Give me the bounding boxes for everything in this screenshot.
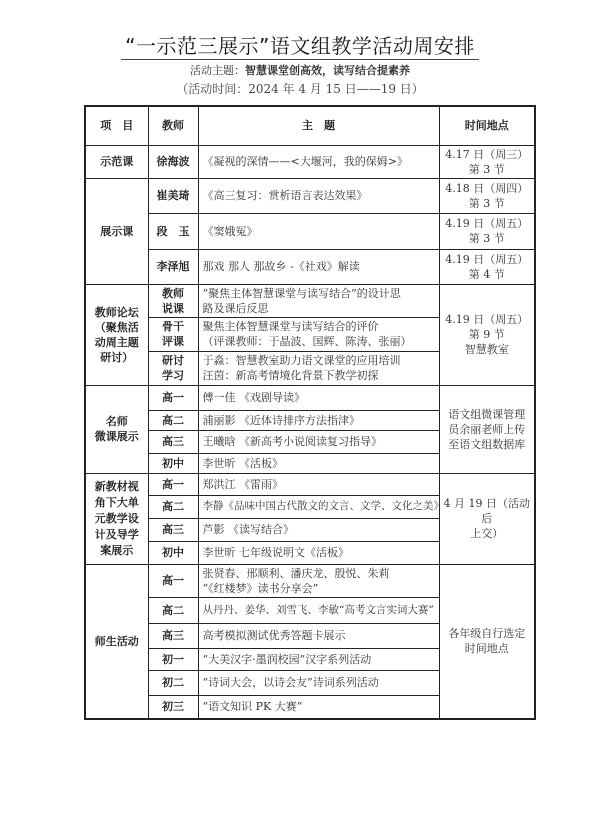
topic-line: 汪茵：新高考情境化背景下教学初探 <box>203 368 435 383</box>
time-line: 语文组微课管理 <box>444 407 531 422</box>
time-cell: 4.19 日（周五）第 3 节 <box>439 213 535 249</box>
category-new-textbook-unit-design: 新教材视 角下大单 元教学设 计及导学 案展示 <box>85 473 148 564</box>
header-topic: 主 题 <box>198 106 439 145</box>
topic-cell: 傅一佳 《戏剧导读》 <box>198 385 439 410</box>
theme-value: 智慧课堂创高效，读写结合提素养 <box>245 64 410 77</box>
category-line: 动周主题 <box>90 335 144 350</box>
activity-date-range: （活动时间：2024 年 4 月 15 日——19 日） <box>0 80 600 97</box>
time-cell: 4 月 19 日（活动后 上交） <box>439 473 535 564</box>
grade-cell: 高二 <box>148 495 198 518</box>
topic-cell: “诗词大会，以诗会友”诗词系列活动 <box>198 670 439 695</box>
grade-cell: 初中 <box>148 453 198 473</box>
document-title: “一示范三展示”语文组教学活动周安排 <box>0 30 600 59</box>
topic-line: “聚焦主体智慧课堂与读写结合”的设计思 <box>203 286 435 301</box>
topic-cell: 李静《品味中国古代散文的文言、文学、文化之美》 <box>198 495 439 518</box>
category-line: 新教材视 <box>90 479 144 495</box>
time-date: 4.17 日（周三） <box>444 147 531 162</box>
teacher-cell: 段 玉 <box>148 213 198 249</box>
category-line: 名师 <box>90 414 144 429</box>
table-row: 名师 微课展示 高一 傅一佳 《戏剧导读》 语文组微课管理 员余丽老师上传 至语… <box>85 385 535 410</box>
time-line: 至语文组数据库 <box>444 437 531 452</box>
topic-cell: “聚焦主体智慧课堂与读写结合”的设计思路及课后反思 <box>198 284 439 317</box>
grade-cell: 初三 <box>148 695 198 719</box>
grade-cell: 高三 <box>148 430 198 453</box>
topic-cell: 王曦晗 《新高考小说阅读复习指导》 <box>198 430 439 453</box>
category-line: 微课展示 <box>90 429 144 444</box>
time-line: 上交） <box>444 526 531 541</box>
table-row: 示范课 徐海波 《凝视的深情——<大堰河，我的保姆>》 4.17 日（周三）第 … <box>85 145 535 178</box>
teacher-cell: 徐海波 <box>148 145 198 178</box>
table-header-row: 项 目 教师 主 题 时间地点 <box>85 106 535 145</box>
header-time-place: 时间地点 <box>439 106 535 145</box>
topic-cell: 于淼：智慧教室助力语文课堂的应用培训汪茵：新高考情境化背景下教学初探 <box>198 351 439 385</box>
teacher-line: 骨干 <box>153 319 194 334</box>
category-line: 角下大单 <box>90 495 144 511</box>
category-line: 计及导学 <box>90 527 144 543</box>
teacher-cell: 骨干评课 <box>148 317 198 351</box>
topic-cell: “语文知识 PK 大赛” <box>198 695 439 719</box>
header-item: 项 目 <box>85 106 148 145</box>
topic-line: 路及课后反思 <box>203 301 435 316</box>
table-row: 段 玉 《窦娥冤》 4.19 日（周五）第 3 节 <box>85 213 535 249</box>
category-teacher-forum: 教师论坛 （聚焦活 动周主题 研讨） <box>85 284 148 385</box>
category-demo-lesson: 示范课 <box>85 145 148 178</box>
time-line: 员余丽老师上传 <box>444 422 531 437</box>
topic-cell: 那戏 那人 那故乡 -《社戏》解读 <box>198 249 439 284</box>
time-date: 4.19 日（周五） <box>444 216 531 231</box>
teacher-line: 研讨 <box>153 353 194 368</box>
time-period: 第 3 节 <box>444 231 531 246</box>
topic-line: “《红楼梦》读书分享会” <box>203 581 435 596</box>
teacher-cell: 崔美琦 <box>148 178 198 213</box>
topic-cell: 从丹丹、姜华、刘雪飞、李敏“高考文言实词大赛” <box>198 597 439 623</box>
time-date: 4.18 日（周四） <box>444 181 531 196</box>
time-cell: 4.17 日（周三）第 3 节 <box>439 145 535 178</box>
time-period: 第 3 节 <box>444 162 531 177</box>
topic-cell: 张贤春、邢顺利、潘庆龙、殷悦、朱莉“《红楼梦》读书分享会” <box>198 564 439 597</box>
grade-cell: 初中 <box>148 541 198 564</box>
topic-cell: 李世昕 七年级说明文《活板》 <box>198 541 439 564</box>
time-date: 4.19 日（周五） <box>444 252 531 267</box>
activity-theme: 活动主题：智慧课堂创高效，读写结合提素养 <box>0 62 600 78</box>
topic-cell: 芦影 《读写结合》 <box>198 518 439 541</box>
table-row: 新教材视 角下大单 元教学设 计及导学 案展示 高一 郑洪江 《雷雨》 4 月 … <box>85 473 535 495</box>
teacher-cell: 李泽旭 <box>148 249 198 284</box>
teacher-line: 评课 <box>153 334 194 349</box>
topic-line: 于淼：智慧教室助力语文课堂的应用培训 <box>203 353 435 368</box>
category-teacher-student-activities: 师生活动 <box>85 564 148 719</box>
grade-cell: 高二 <box>148 410 198 430</box>
grade-cell: 高一 <box>148 564 198 597</box>
topic-cell: 浦丽影 《近体诗排序方法指津》 <box>198 410 439 430</box>
teacher-cell: 研讨学习 <box>148 351 198 385</box>
grade-cell: 初二 <box>148 670 198 695</box>
time-line: 各年级自行选定 <box>444 626 531 641</box>
grade-cell: 高三 <box>148 623 198 648</box>
teacher-cell: 教师说课 <box>148 284 198 317</box>
topic-cell: 《窦娥冤》 <box>198 213 439 249</box>
time-cell: 4.19 日（周五）第 4 节 <box>439 249 535 284</box>
time-line: 4 月 19 日（活动后 <box>444 496 531 526</box>
topic-cell: 《凝视的深情——<大堰河，我的保姆>》 <box>198 145 439 178</box>
time-line: 4.19 日（周五） <box>444 312 531 327</box>
time-period: 第 4 节 <box>444 267 531 282</box>
time-line: 时间地点 <box>444 641 531 656</box>
time-cell: 各年级自行选定 时间地点 <box>439 564 535 719</box>
topic-cell: 郑洪江 《雷雨》 <box>198 473 439 495</box>
topic-cell: 李世昕 《活板》 <box>198 453 439 473</box>
category-line: （聚焦活 <box>90 320 144 335</box>
category-line: 研讨） <box>90 350 144 365</box>
topic-line: 张贤春、邢顺利、潘庆龙、殷悦、朱莉 <box>203 566 435 581</box>
category-line: 元教学设 <box>90 511 144 527</box>
document-title-text: “一示范三展示”语文组教学活动周安排 <box>121 34 479 60</box>
header-teacher: 教师 <box>148 106 198 145</box>
theme-label: 活动主题： <box>190 64 245 77</box>
grade-cell: 高二 <box>148 597 198 623</box>
grade-cell: 高一 <box>148 473 198 495</box>
table-row: 展示课 崔美琦 《高三复习：赏析语言表达效果》 4.18 日（周四）第 3 节 <box>85 178 535 213</box>
schedule-table: 项 目 教师 主 题 时间地点 示范课 徐海波 《凝视的深情——<大堰河，我的保… <box>84 105 536 720</box>
topic-cell: “大美汉字·墨润校园”汉字系列活动 <box>198 648 439 670</box>
grade-cell: 高三 <box>148 518 198 541</box>
topic-line: 聚焦主体智慧课堂与读写结合的评价 <box>203 319 435 334</box>
table-row: 师生活动 高一 张贤春、邢顺利、潘庆龙、殷悦、朱莉“《红楼梦》读书分享会” 各年… <box>85 564 535 597</box>
time-cell: 4.19 日（周五） 第 9 节 智慧教室 <box>439 284 535 385</box>
topic-cell: 高考模拟测试优秀答题卡展示 <box>198 623 439 648</box>
table-row: 教师论坛 （聚焦活 动周主题 研讨） 教师说课 “聚焦主体智慧课堂与读写结合”的… <box>85 284 535 317</box>
grade-cell: 初一 <box>148 648 198 670</box>
time-line: 第 9 节 <box>444 327 531 342</box>
teacher-line: 学习 <box>153 368 194 383</box>
category-line: 案展示 <box>90 543 144 559</box>
topic-cell: 《高三复习：赏析语言表达效果》 <box>198 178 439 213</box>
time-cell: 4.18 日（周四）第 3 节 <box>439 178 535 213</box>
teacher-line: 说课 <box>153 301 194 316</box>
time-line: 智慧教室 <box>444 342 531 357</box>
topic-cell: 聚焦主体智慧课堂与读写结合的评价（评课教师：于晶波、国辉、陈涛、张丽） <box>198 317 439 351</box>
category-line: 教师论坛 <box>90 305 144 320</box>
category-master-microlesson: 名师 微课展示 <box>85 385 148 473</box>
grade-cell: 高一 <box>148 385 198 410</box>
table-row: 李泽旭 那戏 那人 那故乡 -《社戏》解读 4.19 日（周五）第 4 节 <box>85 249 535 284</box>
category-showcase-lesson: 展示课 <box>85 178 148 284</box>
teacher-line: 教师 <box>153 286 194 301</box>
topic-line: （评课教师：于晶波、国辉、陈涛、张丽） <box>203 334 435 349</box>
time-cell: 语文组微课管理 员余丽老师上传 至语文组数据库 <box>439 385 535 473</box>
time-period: 第 3 节 <box>444 196 531 211</box>
